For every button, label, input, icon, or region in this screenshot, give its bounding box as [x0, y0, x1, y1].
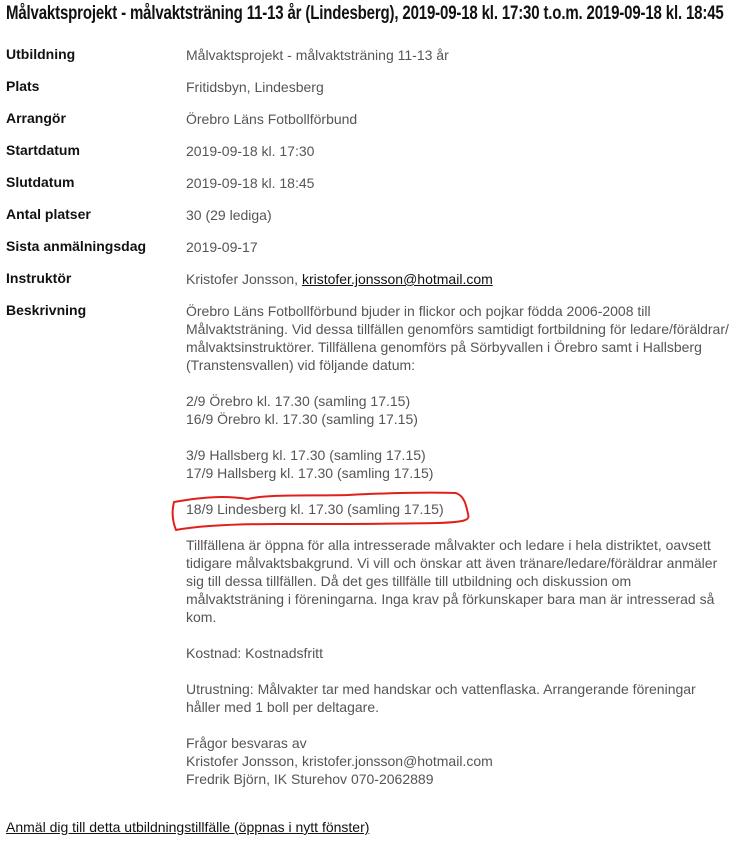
date-line-highlighted: 18/9 Lindesberg kl. 17.30 (samling 17.15… [186, 500, 731, 518]
field-label: Instruktör [6, 270, 71, 286]
field-label: Sista anmälningsdag [6, 238, 146, 254]
field-label: Startdatum [6, 142, 80, 158]
field-value: 30 (29 lediga) [186, 206, 731, 224]
field-label: Arrangör [6, 110, 66, 126]
field-label: Beskrivning [6, 302, 86, 318]
date-line: 2/9 Örebro kl. 17.30 (samling 17.15) [186, 392, 731, 410]
field-label: Antal platser [6, 206, 91, 222]
field-value: Örebro Läns Fotbollförbund [186, 110, 731, 128]
description-open-text: Tillfällena är öppna för alla intressera… [186, 536, 731, 626]
field-value: 2019-09-17 [186, 238, 731, 256]
field-value: 2019-09-18 kl. 17:30 [186, 142, 731, 160]
description-body: Örebro Läns Fotbollförbund bjuder in fli… [186, 302, 731, 788]
date-line: 3/9 Hallsberg kl. 17.30 (samling 17.15) [186, 446, 731, 464]
field-label: Slutdatum [6, 174, 74, 190]
field-value: Målvaktsprojekt - målvaktsträning 11-13 … [186, 46, 731, 64]
description-cost: Kostnad: Kostnadsfritt [186, 644, 731, 662]
instructor-name: Kristofer Jonsson, [186, 271, 302, 287]
signup-link[interactable]: Anmäl dig till detta utbildningstillfäll… [6, 819, 369, 835]
field-value: Fritidsbyn, Lindesberg [186, 78, 731, 96]
page-title: Målvaktsprojekt - målvaktsträning 11-13 … [6, 3, 724, 25]
field-label: Utbildning [6, 46, 75, 62]
date-line: 16/9 Örebro kl. 17.30 (samling 17.15) [186, 410, 731, 428]
description-intro: Örebro Läns Fotbollförbund bjuder in fli… [186, 302, 731, 374]
instructor-email-link[interactable]: kristofer.jonsson@hotmail.com [302, 271, 493, 287]
description-equipment: Utrustning: Målvakter tar med handskar o… [186, 680, 731, 716]
date-line: 17/9 Hallsberg kl. 17.30 (samling 17.15) [186, 464, 731, 482]
field-value: Kristofer Jonsson, kristofer.jonsson@hot… [186, 270, 731, 288]
contact-line: Kristofer Jonsson, kristofer.jonsson@hot… [186, 752, 731, 770]
field-label: Plats [6, 78, 39, 94]
questions-heading: Frågor besvaras av [186, 734, 731, 752]
field-value: 2019-09-18 kl. 18:45 [186, 174, 731, 192]
contact-line: Fredrik Björn, IK Sturehov 070-2062889 [186, 770, 731, 788]
